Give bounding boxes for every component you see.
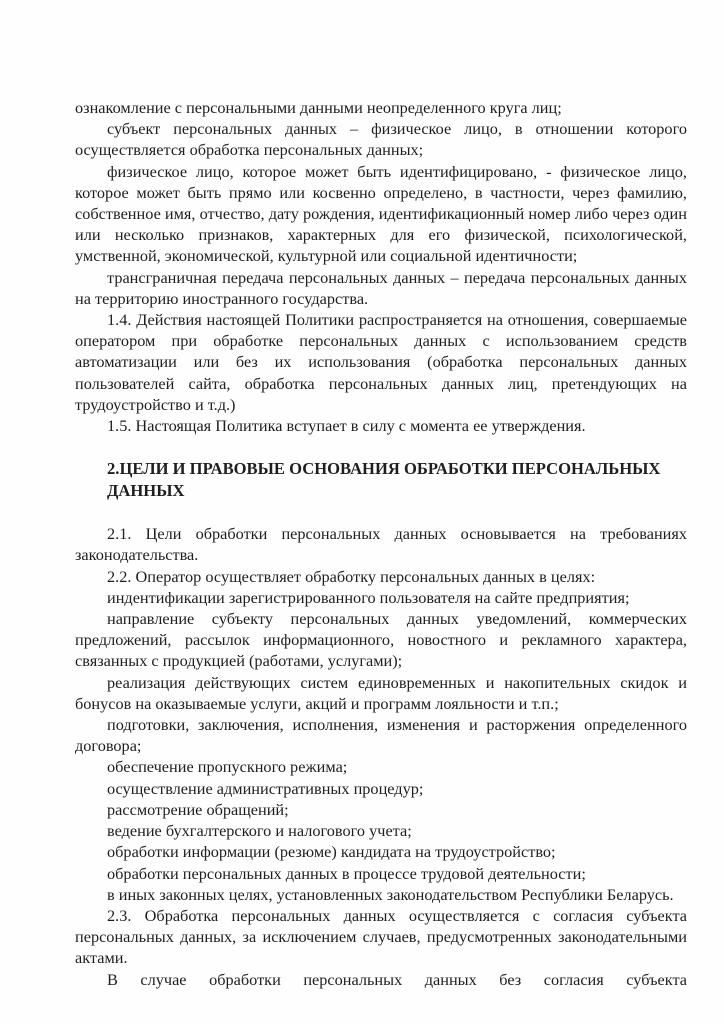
paragraph-1-4-scope: 1.4. Действия настоящей Политики распрос… xyxy=(75,309,687,415)
purpose-item-contracts: подготовки, заключения, исполнения, изме… xyxy=(75,714,687,756)
purpose-item-resume: обработки информации (резюме) кандидата … xyxy=(75,841,687,862)
purpose-item-access-control: обеспечение пропускного режима; xyxy=(75,756,687,777)
purpose-item-notifications: направление субъекту персональных данных… xyxy=(75,608,687,672)
purpose-item-accounting: ведение бухгалтерского и налогового учет… xyxy=(75,820,687,841)
purpose-item-employment: обработки персональных данных в процессе… xyxy=(75,863,687,884)
paragraph-definition-data-subject: субъект персональных данных – физическое… xyxy=(75,118,687,160)
spacer xyxy=(75,501,687,523)
scanned-document-page: ознакомление с персональными данными нео… xyxy=(0,0,724,1024)
paragraph-2-1: 2.1. Цели обработки персональных данных … xyxy=(75,523,687,565)
paragraph-2-2: 2.2. Оператор осуществляет обработку пер… xyxy=(75,566,687,587)
purpose-item-identification: индентификации зарегистрированного польз… xyxy=(75,587,687,608)
document-body: ознакомление с персональными данными нео… xyxy=(75,97,687,990)
section-2-heading: 2.ЦЕЛИ И ПРАВОВЫЕ ОСНОВАНИЯ ОБРАБОТКИ ПЕ… xyxy=(75,458,687,501)
purpose-item-other-legal: в иных законных целях, установленных зак… xyxy=(75,884,687,905)
paragraph-1-5-effective: 1.5. Настоящая Политика вступает в силу … xyxy=(75,415,687,436)
paragraph-definition-identifiable-person: физическое лицо, которое может быть иден… xyxy=(75,161,687,267)
purpose-item-admin-procedures: осуществление административных процедур; xyxy=(75,778,687,799)
spacer xyxy=(75,436,687,458)
purpose-item-discounts: реализация действующих систем единовреме… xyxy=(75,672,687,714)
paragraph-without-consent: В случае обработки персональных данных б… xyxy=(75,969,687,990)
paragraph-definition-cross-border-transfer: трансграничная передача персональных дан… xyxy=(75,267,687,309)
paragraph-2-3: 2.3. Обработка персональных данных осуще… xyxy=(75,905,687,969)
paragraph-definition-public-access: ознакомление с персональными данными нео… xyxy=(75,97,687,118)
purpose-item-appeals: рассмотрение обращений; xyxy=(75,799,687,820)
